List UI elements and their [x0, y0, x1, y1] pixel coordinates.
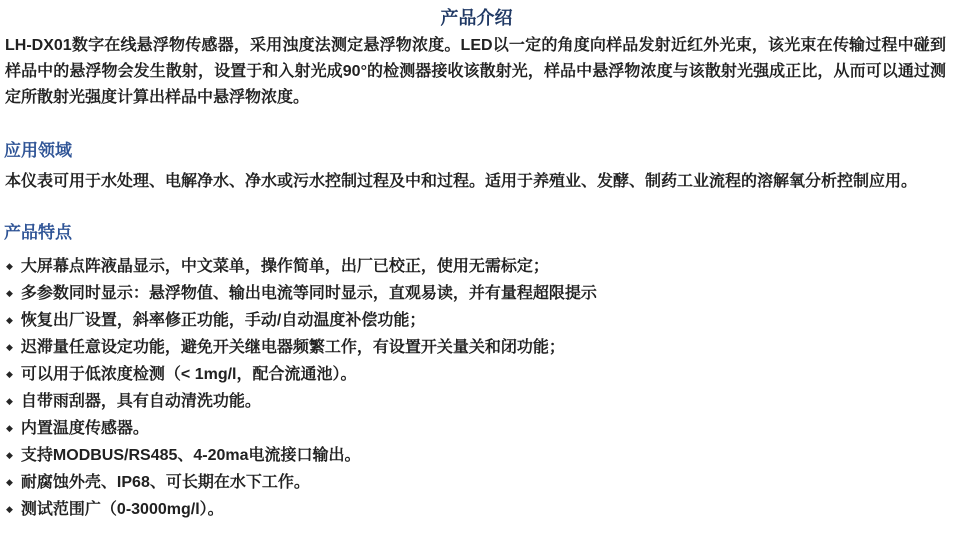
- feature-list-item: ◆测试范围广（0-3000mg/l）。: [6, 497, 946, 524]
- diamond-bullet-icon: ◆: [6, 416, 13, 441]
- feature-item-label: 迟滞量任意设定功能，避免开关继电器频繁工作，有设置开关量关和闭功能；: [21, 339, 565, 356]
- diamond-bullet-icon: ◆: [6, 443, 13, 468]
- feature-item-label: 耐腐蚀外壳、IP68、可长期在水下工作。: [21, 474, 310, 491]
- section-heading-features: 产品特点: [4, 222, 953, 244]
- diamond-bullet-icon: ◆: [6, 335, 13, 360]
- diamond-bullet-icon: ◆: [6, 470, 13, 495]
- feature-item-label: 测试范围广（0-3000mg/l）。: [21, 501, 224, 518]
- feature-item-label: 恢复出厂设置，斜率修正功能，手动/自动温度补偿功能；: [21, 312, 425, 329]
- section-heading-application: 应用领域: [4, 140, 953, 162]
- feature-item-label: 自带雨刮器，具有自动清洗功能。: [21, 393, 261, 410]
- diamond-bullet-icon: ◆: [6, 389, 13, 414]
- feature-item-label: 内置温度传感器。: [21, 420, 149, 437]
- product-description-page: 产品介绍 LH-DX01数字在线悬浮物传感器，采用浊度法测定悬浮物浓度。LED以…: [0, 0, 953, 542]
- feature-list-item: ◆内置温度传感器。: [6, 416, 946, 443]
- diamond-bullet-icon: ◆: [6, 308, 13, 333]
- application-paragraph: 本仪表可用于水处理、电解净水、净水或污水控制过程及中和过程。适用于养殖业、发酵、…: [5, 169, 946, 195]
- page-title: 产品介绍: [0, 0, 953, 30]
- feature-list-item: ◆耐腐蚀外壳、IP68、可长期在水下工作。: [6, 470, 946, 497]
- diamond-bullet-icon: ◆: [6, 362, 13, 387]
- feature-list-item: ◆多参数同时显示：悬浮物值、输出电流等同时显示，直观易读，并有量程超限提示: [6, 281, 946, 308]
- intro-paragraph: LH-DX01数字在线悬浮物传感器，采用浊度法测定悬浮物浓度。LED以一定的角度…: [5, 33, 946, 111]
- feature-item-label: 支持MODBUS/RS485、4-20ma电流接口输出。: [21, 447, 361, 464]
- diamond-bullet-icon: ◆: [6, 281, 13, 306]
- feature-list-item: ◆可以用于低浓度检测（< 1mg/l，配合流通池）。: [6, 362, 946, 389]
- feature-list-item: ◆大屏幕点阵液晶显示，中文菜单，操作简单，出厂已校正，使用无需标定；: [6, 254, 946, 281]
- diamond-bullet-icon: ◆: [6, 254, 13, 279]
- feature-item-label: 多参数同时显示：悬浮物值、输出电流等同时显示，直观易读，并有量程超限提示: [21, 285, 597, 302]
- feature-list-item: ◆恢复出厂设置，斜率修正功能，手动/自动温度补偿功能；: [6, 308, 946, 335]
- feature-list-item: ◆自带雨刮器，具有自动清洗功能。: [6, 389, 946, 416]
- feature-list-item: ◆迟滞量任意设定功能，避免开关继电器频繁工作，有设置开关量关和闭功能；: [6, 335, 946, 362]
- feature-list: ◆大屏幕点阵液晶显示，中文菜单，操作简单，出厂已校正，使用无需标定； ◆多参数同…: [6, 254, 946, 524]
- feature-item-label: 大屏幕点阵液晶显示，中文菜单，操作简单，出厂已校正，使用无需标定；: [21, 258, 549, 275]
- feature-list-item: ◆支持MODBUS/RS485、4-20ma电流接口输出。: [6, 443, 946, 470]
- feature-item-label: 可以用于低浓度检测（< 1mg/l，配合流通池）。: [21, 366, 357, 383]
- diamond-bullet-icon: ◆: [6, 497, 13, 522]
